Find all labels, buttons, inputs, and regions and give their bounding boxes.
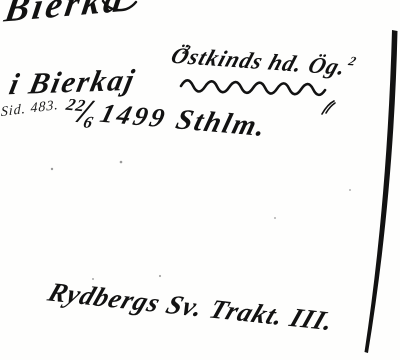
diagonal-ink-line-icon — [365, 30, 398, 353]
date-year: 1499 — [97, 98, 171, 133]
headword: Bierka — [2, 0, 128, 29]
paper-speck — [92, 278, 94, 280]
paper-speck — [274, 217, 276, 219]
stray-pen-tick-icon — [322, 101, 335, 114]
wavy-underline-icon — [181, 75, 326, 100]
archive-card: Bierka 2Östkinds hd. Ög.2 i Bierkaj Sid.… — [0, 0, 400, 360]
page-reference: Sid. 483. — [1, 99, 59, 120]
paper-speck — [120, 161, 123, 164]
date-place: Sthlm. — [173, 104, 271, 143]
paper-speck — [51, 168, 53, 170]
date-line: 22/61499Sthlm. — [61, 92, 271, 143]
paper-speck — [349, 189, 351, 191]
paper-speck — [159, 275, 161, 277]
source-reference: Rydbergs Sv. Trakt. III. — [44, 279, 337, 335]
district-line: 2Östkinds hd. Ög.2 — [169, 44, 357, 79]
district-text: Östkinds hd. Ög. — [168, 43, 350, 80]
